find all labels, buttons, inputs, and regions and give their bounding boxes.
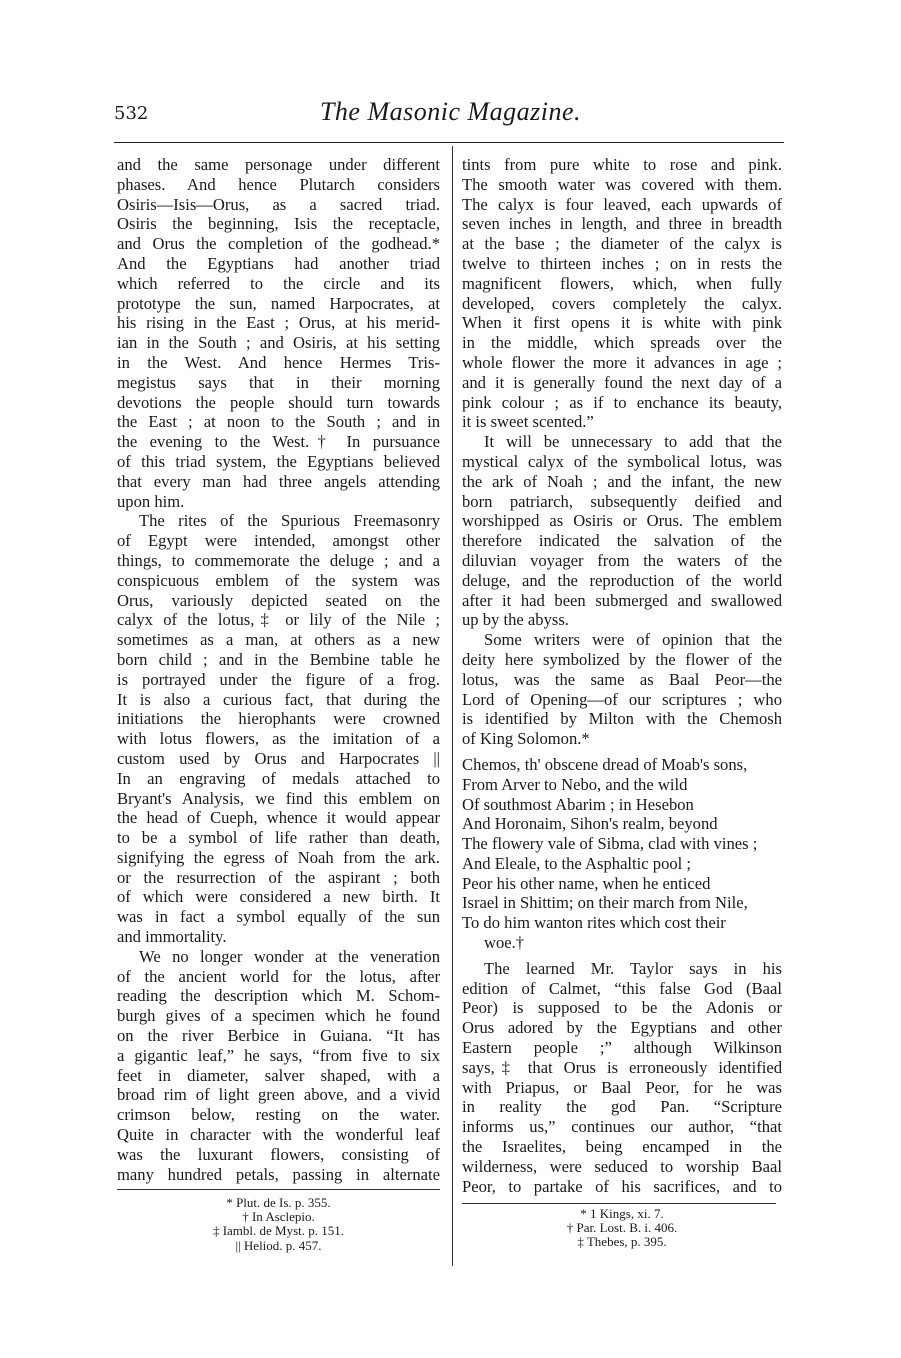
text-line: a gigantic leaf,” he says, “from five to… [117, 1046, 440, 1066]
text-line: that every man had three angels attendin… [117, 472, 440, 492]
text-line: whole flower the more it advances in age… [462, 353, 782, 373]
footnote: * 1 Kings, xi. 7. [462, 1207, 782, 1221]
text-line: says,‡ that Orus is erroneously identifi… [462, 1058, 782, 1078]
text-line: devotions the people should turn towards [117, 393, 440, 413]
text-line: It is also a curious fact, that during t… [117, 690, 440, 710]
text-line: born child ; and in the Bembine table he [117, 650, 440, 670]
text-line: initiations the hierophants were crowned [117, 709, 440, 729]
paragraph-start: We no longer wonder at the veneration [117, 947, 440, 967]
verse-line: Israel in Shittim; on their march from N… [462, 893, 782, 913]
text-line: and it is generally found the next day o… [462, 373, 782, 393]
text-line: the East ; at noon to the South ; and in [117, 412, 440, 432]
text-line: wilderness, were seduced to worship Baal [462, 1157, 782, 1177]
footnotes-right: * 1 Kings, xi. 7. † Par. Lost. B. i. 406… [462, 1207, 782, 1250]
text-line: magnificent flowers, which, when fully [462, 274, 782, 294]
text-line: diluvian voyager from the waters of the [462, 551, 782, 571]
header-rule [114, 142, 784, 143]
text-line: of King Solomon.* [462, 729, 782, 749]
text-line: sometimes as a man, at others as a new [117, 630, 440, 650]
text-line: megistus says that in their morning [117, 373, 440, 393]
text-line: Orus, variously depicted seated on the [117, 591, 440, 611]
verse-line: Chemos, th' obscene dread of Moab's sons… [462, 755, 782, 775]
running-title: The Masonic Magazine. [0, 97, 901, 127]
text-line: and Orus the completion of the godhead.* [117, 234, 440, 254]
verse-line: woe.† [462, 933, 782, 953]
column-divider [452, 146, 453, 1266]
text-line: is identified by Milton with the Chemosh [462, 709, 782, 729]
text-line: or the resurrection of the aspirant ; bo… [117, 868, 440, 888]
text-line: worshipped as Osiris or Orus. The emblem [462, 511, 782, 531]
verse-line: Of southmost Abarim ; in Hesebon [462, 795, 782, 815]
left-column: and the same personage under different p… [117, 155, 440, 1184]
text-line: his rising in the East ; Orus, at his me… [117, 313, 440, 333]
text-line: When it first opens it is white with pin… [462, 313, 782, 333]
verse-line: And Horonaim, Sihon's realm, beyond [462, 814, 782, 834]
text-line: mystical calyx of the symbolical lotus, … [462, 452, 782, 472]
text-line: The smooth water was covered with them. [462, 175, 782, 195]
right-column: tints from pure white to rose and pink. … [462, 155, 782, 1196]
footnote: † In Asclepio. [117, 1210, 440, 1224]
text-line: phases. And hence Plutarch considers [117, 175, 440, 195]
text-line: Osiris the beginning, Isis the receptacl… [117, 214, 440, 234]
text-line: after it had been submerged and swallowe… [462, 591, 782, 611]
text-line: of the ancient world for the lotus, afte… [117, 967, 440, 987]
text-line: and immortality. [117, 927, 440, 947]
verse-quotation: Chemos, th' obscene dread of Moab's sons… [462, 755, 782, 953]
text-line: with lotus flowers, as the imitation of … [117, 729, 440, 749]
text-line: things, to commemorate the deluge ; and … [117, 551, 440, 571]
text-line: Quite in character with the wonderful le… [117, 1125, 440, 1145]
text-line: Bryant's Analysis, we find this emblem o… [117, 789, 440, 809]
text-line: with Priapus, or Baal Peor, for he was [462, 1078, 782, 1098]
footnotes-left: * Plut. de Is. p. 355. † In Asclepio. ‡ … [117, 1196, 440, 1253]
text-line: which referred to the circle and its [117, 274, 440, 294]
text-line: it is sweet scented.” [462, 412, 782, 432]
paragraph-start: The learned Mr. Taylor says in his [462, 959, 782, 979]
text-line: tints from pure white to rose and pink. [462, 155, 782, 175]
text-line: Orus adored by the Egyptians and other [462, 1018, 782, 1038]
text-line: in the middle, which spreads over the [462, 333, 782, 353]
verse-line: From Arver to Nebo, and the wild [462, 775, 782, 795]
text-line: edition of Calmet, “this false God (Baal [462, 979, 782, 999]
text-line: born patriarch, subsequently deified and [462, 492, 782, 512]
verse-line: Peor his other name, when he enticed [462, 874, 782, 894]
text-line: Lord of Opening—of our scriptures ; who [462, 690, 782, 710]
footnote: * Plut. de Is. p. 355. [117, 1196, 440, 1210]
text-line: feet in diameter, salver shaped, with a [117, 1066, 440, 1086]
text-line: of which were considered a new birth. It [117, 887, 440, 907]
text-line: at the base ; the diameter of the calyx … [462, 234, 782, 254]
text-line: In an engraving of medals attached to [117, 769, 440, 789]
text-line: in the West. And hence Hermes Tris- [117, 353, 440, 373]
verse-line: The flowery vale of Sibma, clad with vin… [462, 834, 782, 854]
footnote-rule-left [117, 1189, 440, 1190]
footnote: ‡ Iambl. de Myst. p. 151. [117, 1224, 440, 1238]
text-line: to be a symbol of life rather than death… [117, 828, 440, 848]
paragraph-taylor: The learned Mr. Taylor says in his editi… [462, 959, 782, 1197]
text-line: reading the description which M. Schom- [117, 986, 440, 1006]
text-line: twelve to thirteen inches ; on in rests … [462, 254, 782, 274]
paragraph-start: Some writers were of opinion that the [462, 630, 782, 650]
text-line: conspicuous emblem of the system was [117, 571, 440, 591]
text-line: in reality the god Pan. “Scripture [462, 1097, 782, 1117]
text-line: deity here symbolized by the flower of t… [462, 650, 782, 670]
text-line: the ark of Noah ; and the infant, the ne… [462, 472, 782, 492]
text-line: prototype the sun, named Harpocrates, at [117, 294, 440, 314]
text-line: upon him. [117, 492, 440, 512]
text-line: developed, covers completely the calyx. [462, 294, 782, 314]
text-line: the evening to the West.† In pursuance [117, 432, 440, 452]
text-line: broad rim of light green above, and a vi… [117, 1085, 440, 1105]
footnote-rule-right [462, 1203, 776, 1204]
text-line: Osiris—Isis—Orus, as a sacred triad. [117, 195, 440, 215]
text-line: was the luxurant flowers, consisting of [117, 1145, 440, 1165]
text-line: the Israelites, being encamped in the [462, 1137, 782, 1157]
text-line: of this triad system, the Egyptians beli… [117, 452, 440, 472]
text-line: signifying the egress of Noah from the a… [117, 848, 440, 868]
text-line: therefore indicated the salvation of the [462, 531, 782, 551]
paragraph-start: It will be unnecessary to add that the [462, 432, 782, 452]
text-line: Eastern people ;” although Wilkinson [462, 1038, 782, 1058]
footnote: || Heliod. p. 457. [117, 1239, 440, 1253]
footnote: † Par. Lost. B. i. 406. [462, 1221, 782, 1235]
text-line: The calyx is four leaved, each upwards o… [462, 195, 782, 215]
text-line: And the Egyptians had another triad [117, 254, 440, 274]
text-line: seven inches in length, and three in bre… [462, 214, 782, 234]
text-line: pink colour ; as if to enchance its beau… [462, 393, 782, 413]
text-line: many hundred petals, passing in alternat… [117, 1165, 440, 1185]
text-line: Peor, to partake of his sacrifices, and … [462, 1177, 782, 1197]
text-line: of Egypt were intended, amongst other [117, 531, 440, 551]
paragraph-start: The rites of the Spurious Freemasonry [117, 511, 440, 531]
text-line: is portrayed under the figure of a frog. [117, 670, 440, 690]
text-line: crimson below, resting on the water. [117, 1105, 440, 1125]
text-line: deluge, and the reproduction of the worl… [462, 571, 782, 591]
verse-line: And Eleale, to the Asphaltic pool ; [462, 854, 782, 874]
text-line: Peor) is supposed to be the Adonis or [462, 998, 782, 1018]
text-line: custom used by Orus and Harpocrates || [117, 749, 440, 769]
text-line: informs us,” continues our author, “that [462, 1117, 782, 1137]
text-line: on the river Berbice in Guiana. “It has [117, 1026, 440, 1046]
text-line: was in fact a symbol equally of the sun [117, 907, 440, 927]
text-line: calyx of the lotus,‡ or lily of the Nile… [117, 610, 440, 630]
text-line: lotus, was the same as Baal Peor—the [462, 670, 782, 690]
verse-line: To do him wanton rites which cost their [462, 913, 782, 933]
footnote: ‡ Thebes, p. 395. [462, 1235, 782, 1249]
text-line: ian in the South ; and Osiris, at his se… [117, 333, 440, 353]
text-line: up by the abyss. [462, 610, 782, 630]
text-line: and the same personage under different [117, 155, 440, 175]
text-line: burgh gives of a specimen which he found [117, 1006, 440, 1026]
text-line: the head of Cueph, whence it would appea… [117, 808, 440, 828]
